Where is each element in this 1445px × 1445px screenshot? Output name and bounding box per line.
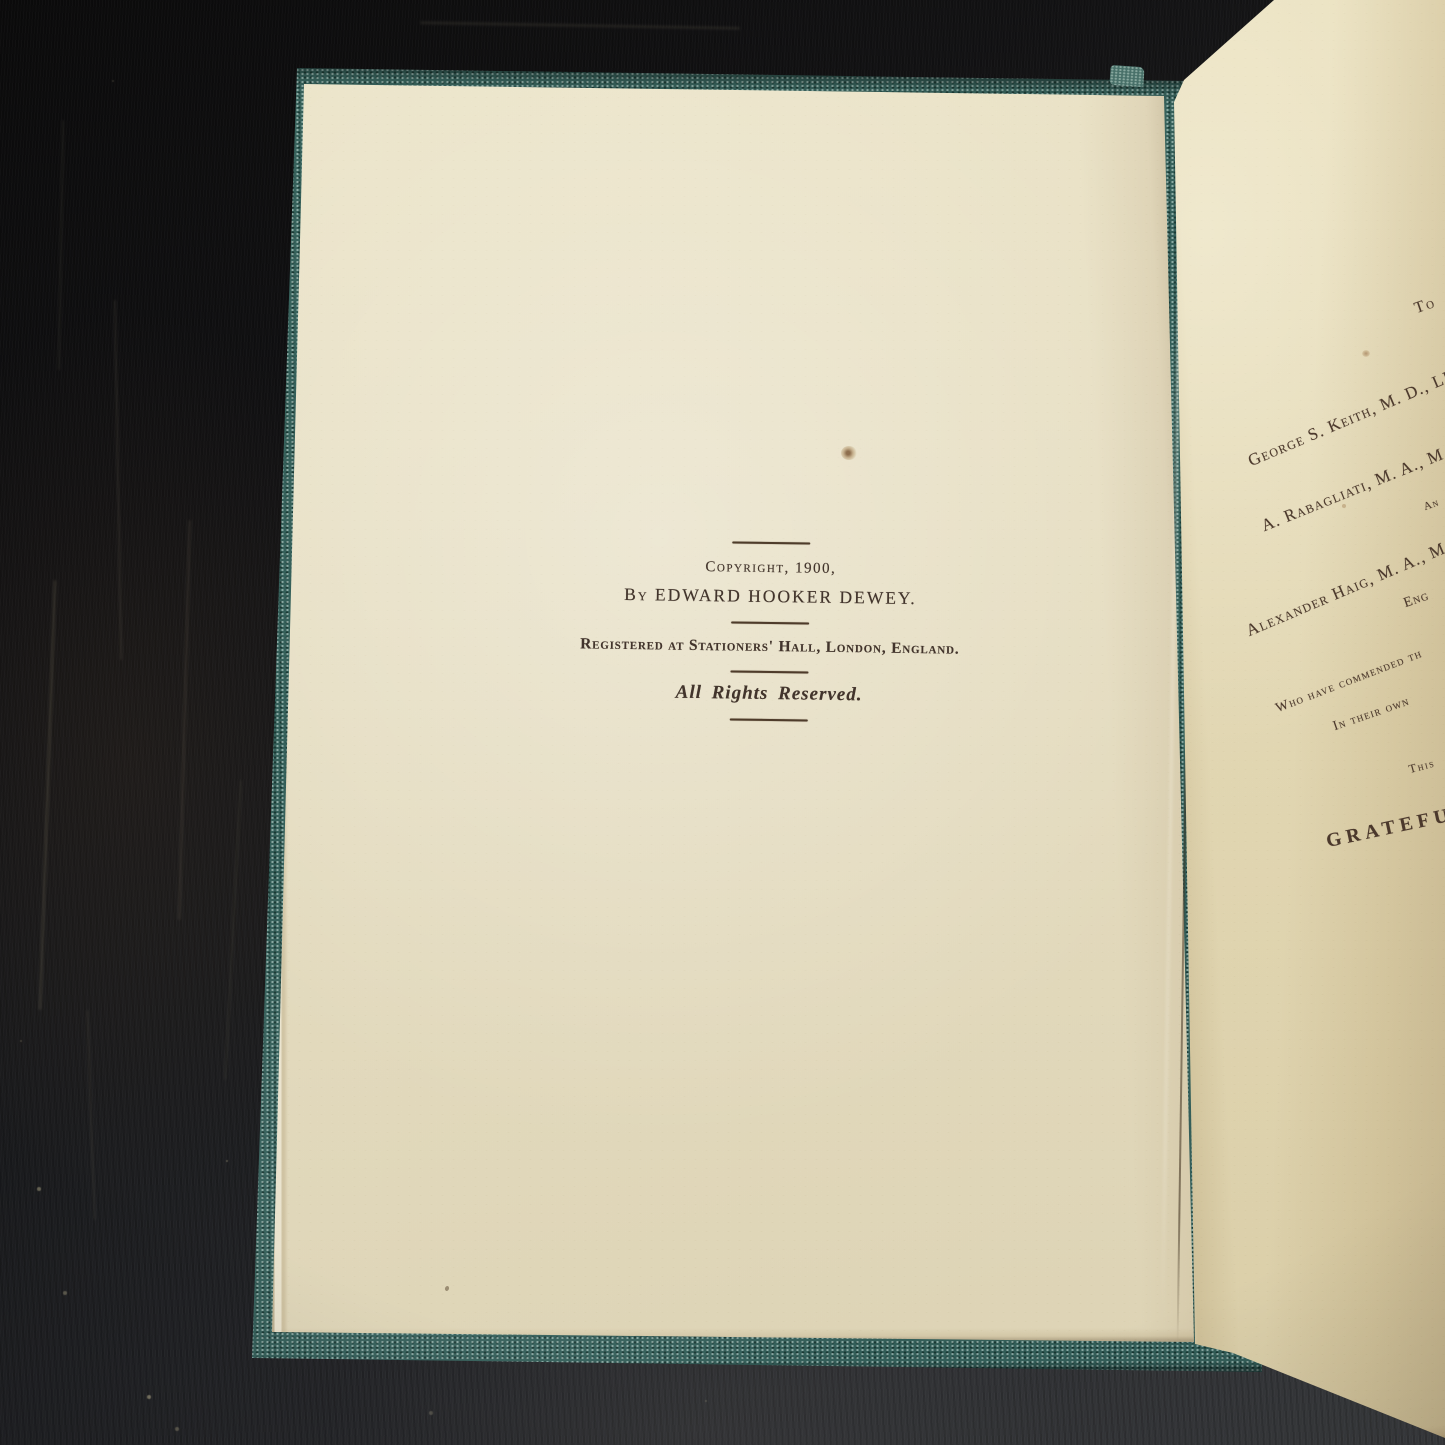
copyright-text-block: Copyright, 1900, By EDWARD HOOKER DEWEY.…: [539, 527, 1002, 738]
copyright-line: Copyright, 1900,: [541, 557, 1001, 580]
dedication-england: Eng: [1402, 588, 1432, 612]
dedication-to: To: [1412, 294, 1438, 318]
divider-rule: [732, 541, 810, 544]
divider-rule: [730, 670, 808, 673]
page-stain: [841, 446, 857, 460]
page-speck: [444, 1285, 449, 1291]
divider-rule: [731, 621, 809, 624]
cloth-wear-fleck: [1109, 65, 1144, 87]
dust-specks: [0, 0, 2, 2]
dedication-this: This: [1407, 756, 1437, 777]
book-photograph: Copyright, 1900, By EDWARD HOOKER DEWEY.…: [0, 0, 1445, 1445]
registered-line: Registered at Stationers' Hall, London, …: [540, 634, 1000, 659]
page-stain: [1362, 350, 1370, 357]
dedication-their-own: In their own: [1331, 693, 1412, 734]
dedication-and: An: [1422, 497, 1441, 513]
dedication-gratefully: GRATEFULL: [1324, 797, 1445, 853]
author-line: By EDWARD HOOKER DEWEY.: [540, 583, 1000, 610]
divider-rule: [730, 718, 808, 721]
rights-reserved-line: All Rights Reserved.: [539, 680, 999, 708]
dedication-haig: Alexander Haig, M. A., M: [1243, 539, 1445, 641]
